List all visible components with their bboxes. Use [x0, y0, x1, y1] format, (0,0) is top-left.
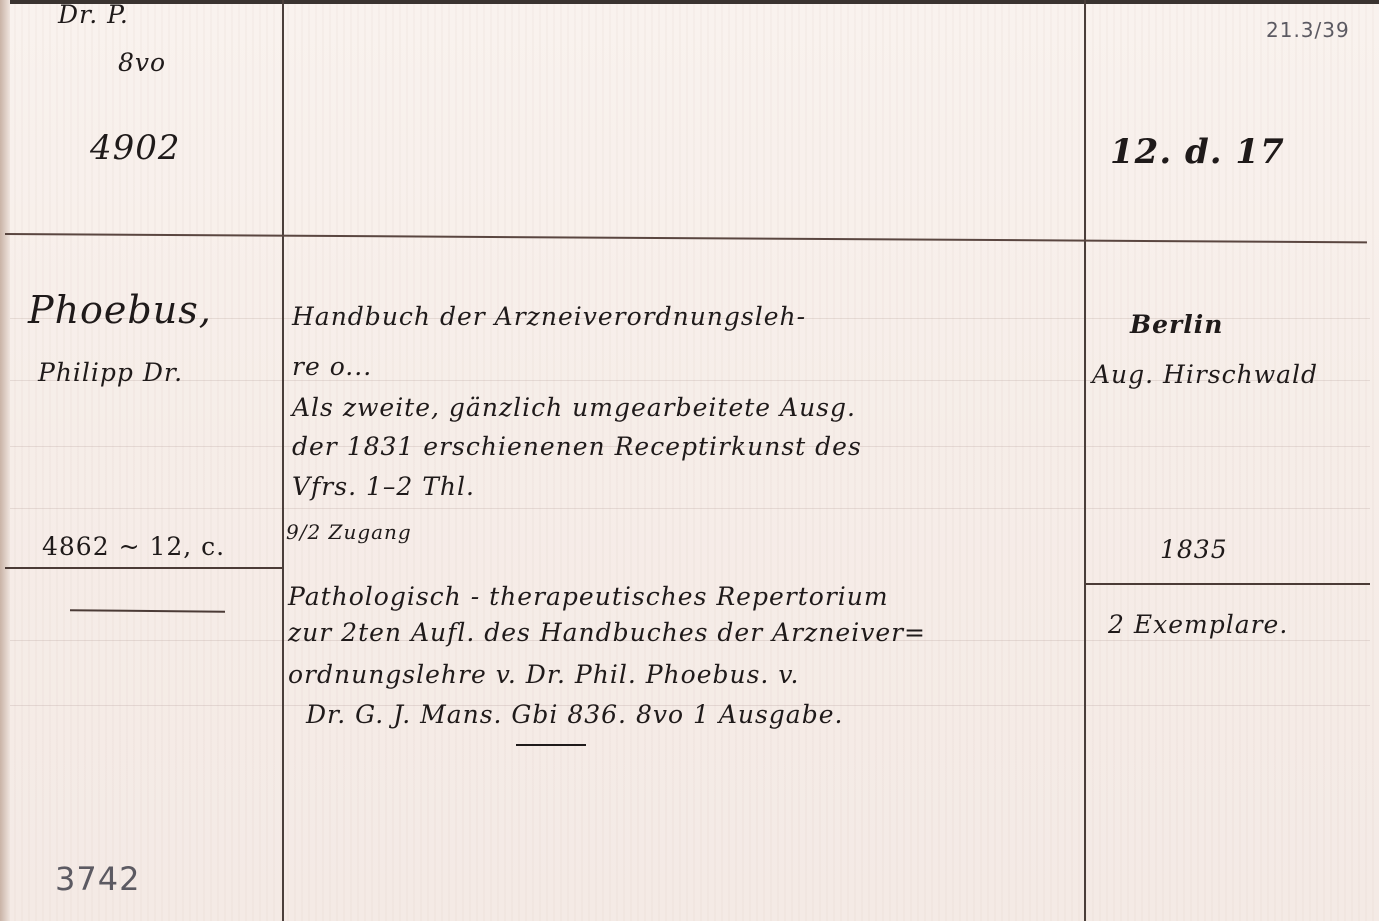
publication-year: 1835 [1160, 535, 1228, 564]
title-line-1: Handbuch der Arzneiverordnungsleh- [292, 302, 806, 331]
name-underline [516, 744, 586, 746]
right-section-divider [1086, 583, 1370, 585]
catalog-card: Dr. P. 8vo 4902 21.3/39 12. d. 17 Phoebu… [0, 0, 1379, 921]
title-line-3: Als zweite, gänzlich umgearbeitete Ausg. [292, 393, 856, 422]
publication-place: Berlin [1130, 310, 1223, 339]
short-dash-line [70, 609, 225, 613]
ruling-line [10, 508, 1370, 509]
format-abbrev: Dr. P. [58, 0, 129, 29]
column-divider-left [282, 0, 284, 921]
card-left-edge [0, 0, 10, 921]
format-size: 8vo [118, 48, 166, 77]
left-section-divider [5, 567, 282, 569]
fraction-note: 9/2 Zugang [286, 520, 412, 544]
call-number: 4902 [90, 128, 181, 168]
header-divider [5, 233, 1367, 243]
shelf-mark: 12. d. 17 [1110, 132, 1285, 172]
column-divider-right [1084, 0, 1086, 921]
entry2-line-4: Dr. G. J. Mans. Gbi 836. 8vo 1 Ausgabe. [306, 700, 843, 729]
author-surname: Phoebus, [28, 288, 212, 332]
title-line-4: der 1831 erschienenen Receptirkunst des [292, 432, 862, 461]
entry2-line-3: ordnungslehre v. Dr. Phil. Phoebus. v. [288, 660, 799, 689]
entry2-line-2: zur 2ten Aufl. des Handbuches der Arznei… [288, 618, 926, 647]
publisher: Aug. Hirschwald [1092, 360, 1318, 389]
copies-note: 2 Exemplare. [1108, 610, 1288, 639]
title-line-5: Vfrs. 1–2 Thl. [292, 472, 475, 501]
entry2-line-1: Pathologisch - therapeutisches Repertori… [288, 582, 889, 611]
card-top-edge [0, 0, 1379, 4]
side-reference: 4862 ~ 12, c. [42, 532, 225, 561]
author-given-name: Philipp Dr. [38, 358, 183, 387]
title-line-2: re o... [292, 352, 372, 381]
pencil-note: 21.3/39 [1266, 18, 1350, 42]
pencil-number: 3742 [55, 860, 140, 898]
